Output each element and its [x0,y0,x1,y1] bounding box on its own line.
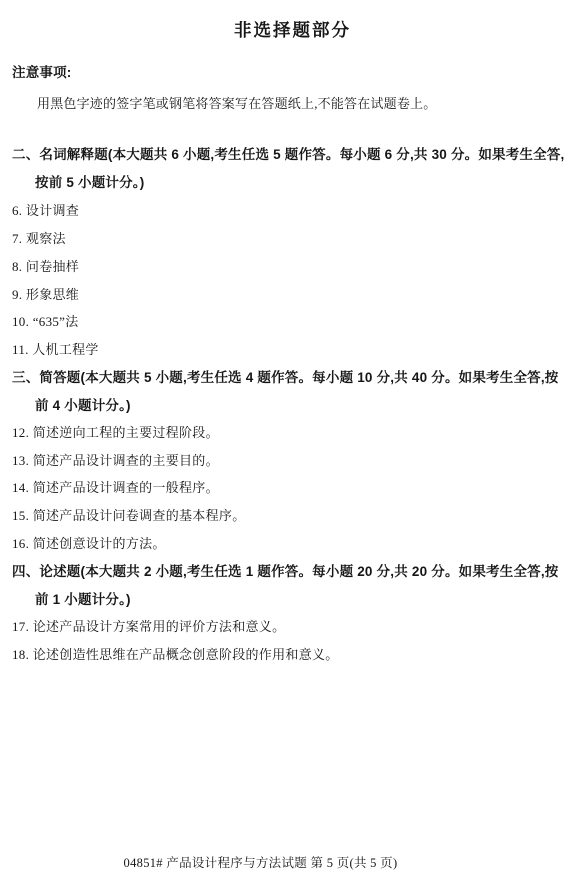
question-item-17: 17. 论述产品设计方案常用的评价方法和意义。 [12,620,285,635]
section-4-heading-line2: 前 1 小题计分。) [35,592,131,608]
question-item-12: 12. 简述逆向工程的主要过程阶段。 [12,426,219,441]
question-item-6: 6. 设计调查 [12,204,79,219]
question-item-16: 16. 简述创意设计的方法。 [12,537,166,552]
question-item-13: 13. 简述产品设计调查的主要目的。 [12,454,219,469]
question-item-9: 9. 形象思维 [12,288,79,303]
section-2-heading-line1: 二、名词解释题(本大题共 6 小题,考生任选 5 题作答。每小题 6 分,共 3… [12,147,565,163]
page-title: 非选择题部分 [0,20,585,40]
section-3-heading-line2: 前 4 小题计分。) [35,398,131,414]
question-item-14: 14. 简述产品设计调查的一般程序。 [12,481,219,496]
page-footer: 04851# 产品设计程序与方法试题 第 5 页(共 5 页) [0,856,521,870]
question-item-10: 10. “635”法 [12,315,79,330]
notice-heading: 注意事项: [12,65,72,81]
question-item-7: 7. 观察法 [12,232,66,247]
question-item-8: 8. 问卷抽样 [12,260,79,275]
section-2-heading-line2: 按前 5 小题计分。) [35,175,144,191]
question-item-11: 11. 人机工程学 [12,343,99,358]
section-4-heading-line1: 四、论述题(本大题共 2 小题,考生任选 1 题作答。每小题 20 分,共 20… [12,564,559,580]
question-item-18: 18. 论述创造性思维在产品概念创意阶段的作用和意义。 [12,648,339,663]
exam-paper-page: 非选择题部分 注意事项: 用黑色字迹的签字笔或钢笔将答案写在答题纸上,不能答在试… [0,0,585,885]
section-3-heading-line1: 三、简答题(本大题共 5 小题,考生任选 4 题作答。每小题 10 分,共 40… [12,370,559,386]
question-item-15: 15. 简述产品设计问卷调查的基本程序。 [12,509,246,524]
notice-body: 用黑色字迹的签字笔或钢笔将答案写在答题纸上,不能答在试题卷上。 [37,97,436,112]
